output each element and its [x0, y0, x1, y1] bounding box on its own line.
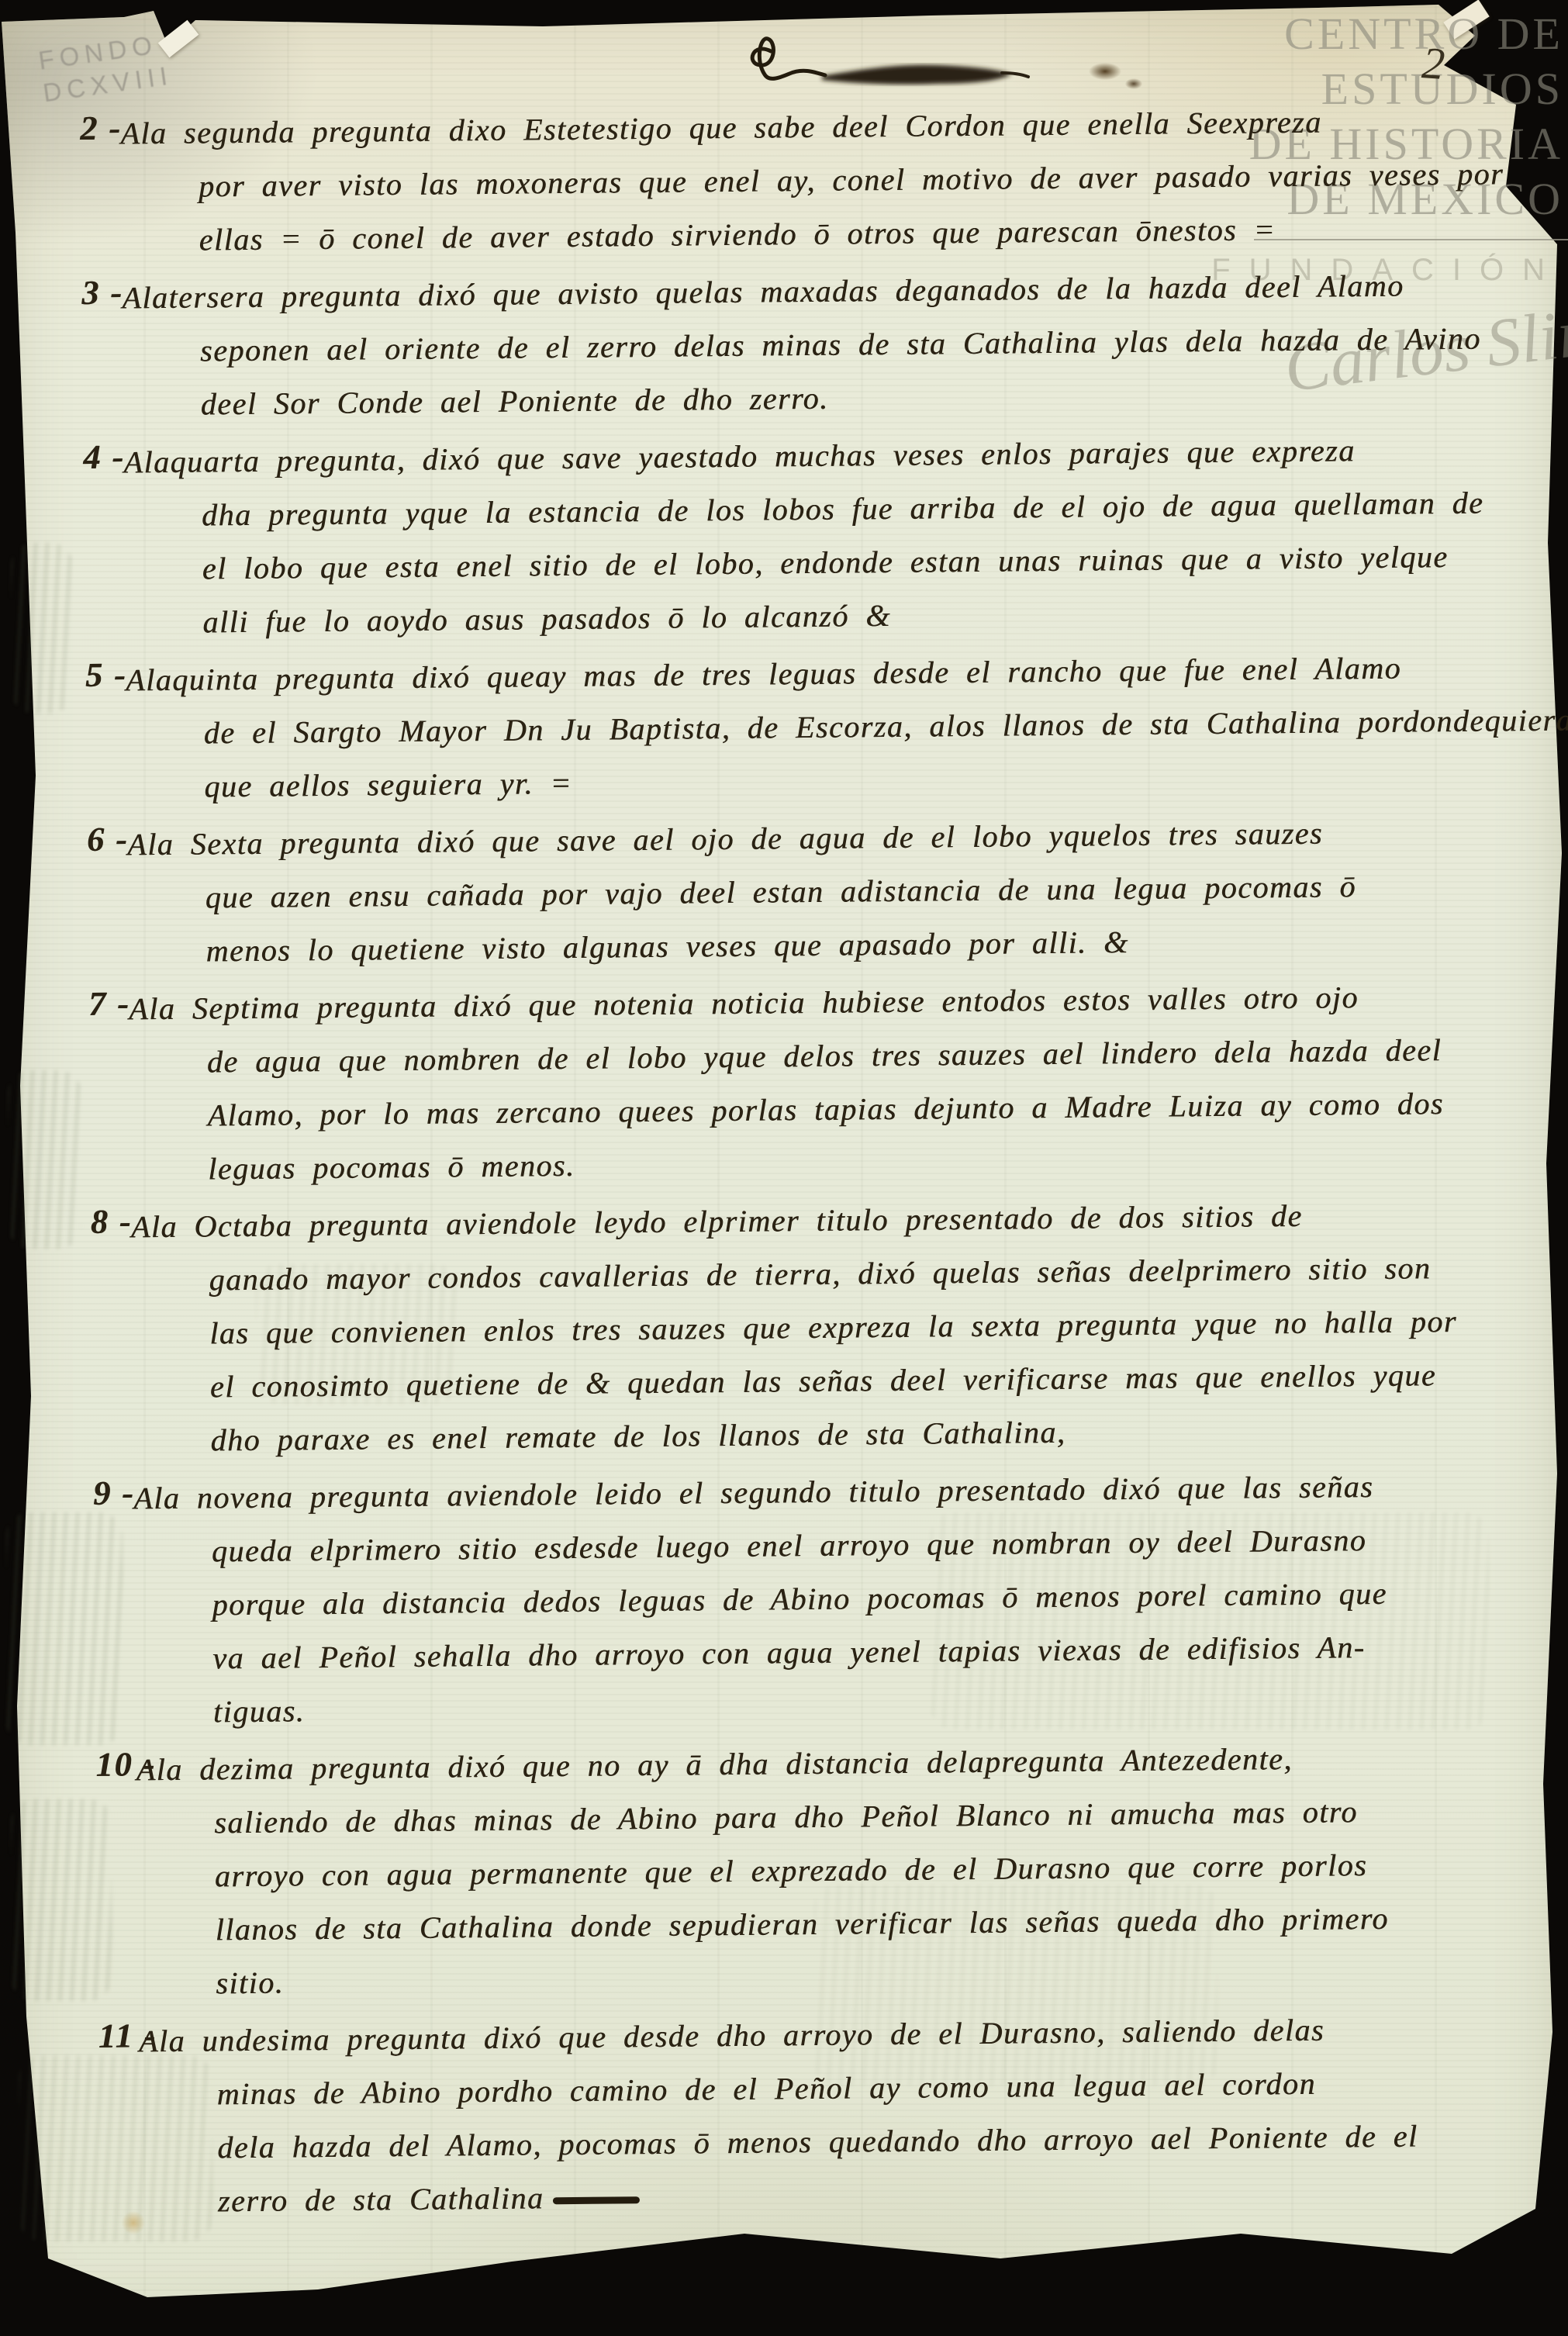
ink-flourish: [738, 28, 1041, 102]
paragraph-number: 9 -: [93, 1473, 135, 1513]
paragraph-number: 2 -: [80, 108, 122, 148]
paragraph-number: 5 -: [85, 655, 127, 695]
paragraph-number: 7 -: [88, 983, 130, 1024]
manuscript-paragraph: 3 -Alatersera pregunta dixó que avisto q…: [199, 257, 1550, 431]
manuscript-paragraph: 5 -Alaquinta pregunta dixó queay mas de …: [203, 640, 1554, 814]
manuscript-paragraph: 10 -Ala dezima pregunta dixó que no ay ā…: [213, 1730, 1565, 2010]
page-number: 2: [1421, 36, 1447, 90]
paragraph-number: 10 -: [95, 1744, 156, 1785]
manuscript-paragraph: 4 -Alaquarta pregunta, dixó que save yae…: [201, 422, 1552, 649]
manuscript-paragraph: 7 -Ala Septima pregunta dixó que notenia…: [206, 969, 1558, 1196]
paragraph-number: 3 -: [81, 272, 123, 313]
manuscript-paragraph: 9 -Ala novena pregunta aviendole leido e…: [211, 1458, 1563, 1739]
paragraph-number: 11 -: [98, 2016, 157, 2056]
manuscript-paragraph: 11 -Ala undesima pregunta dixó que desde…: [216, 2001, 1568, 2228]
bleed-through-smudge: [8, 1070, 81, 1249]
manuscript-paragraphs: 2 -Ala segunda pregunta dixo Estetestigo…: [78, 93, 1567, 2233]
bleed-through-smudge: [11, 543, 73, 714]
paragraph-number: 6 -: [87, 819, 129, 859]
paragraph-number: 4 -: [83, 437, 125, 477]
manuscript-paragraph: 2 -Ala segunda pregunta dixo Estetestigo…: [198, 93, 1549, 267]
paragraph-number: 8 -: [91, 1201, 133, 1242]
manuscript-paragraph: 8 -Ala Octaba pregunta aviendole leydo e…: [209, 1187, 1560, 1467]
manuscript-scan: { "page": { "number": "2", "archive_note…: [0, 0, 1568, 2336]
manuscript-paragraph: 6 -Ala Sexta pregunta dixó que save ael …: [205, 804, 1556, 978]
